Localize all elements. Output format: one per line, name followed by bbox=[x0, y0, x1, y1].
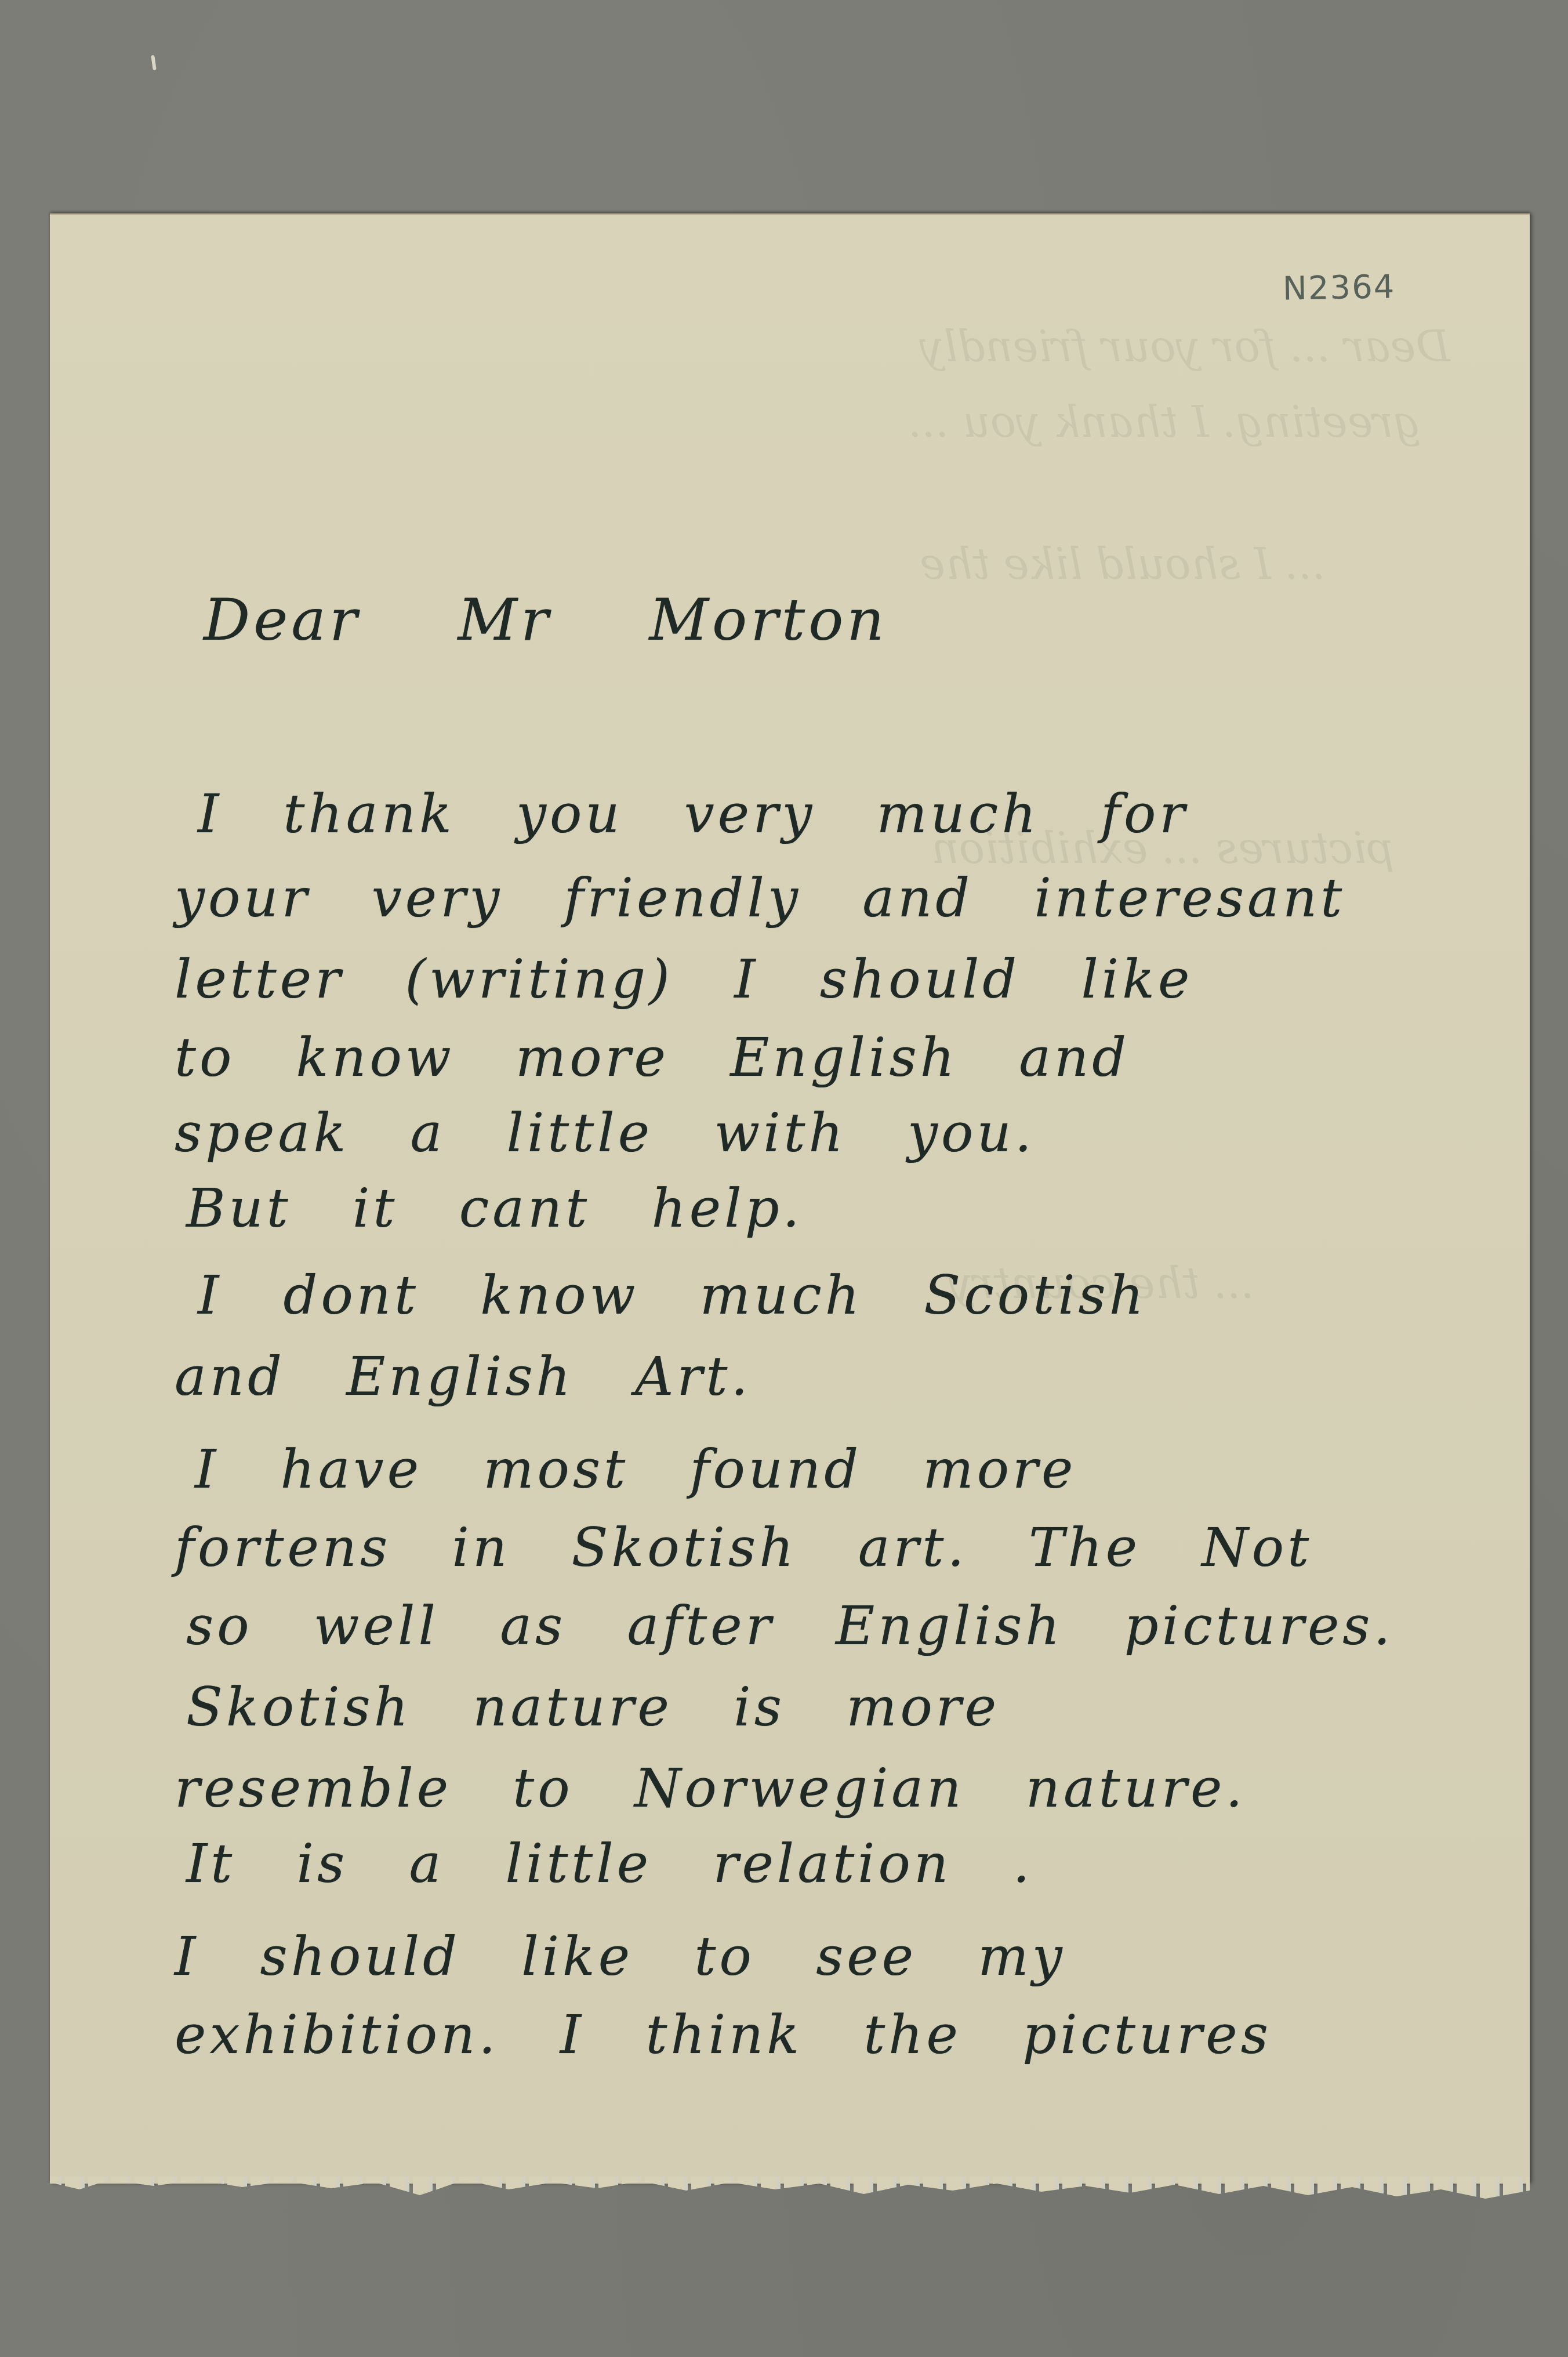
letter-line: I should like to see my bbox=[175, 1926, 1066, 1988]
letter-line: speak a little with you. bbox=[175, 1102, 1035, 1164]
letter-line: to know more English and bbox=[175, 1027, 1130, 1089]
letter-line: your very friendly and interesant bbox=[175, 867, 1345, 929]
letter-line: I have most found more bbox=[195, 1438, 1077, 1500]
letter-line: exhibition. I think the pictures bbox=[175, 2004, 1272, 2066]
letter-line: so well as after English pictures. bbox=[186, 1595, 1394, 1657]
letter-line: I thank you very much for bbox=[198, 783, 1188, 845]
letter-sheet: Dear ... for your friendly greeting. I t… bbox=[50, 213, 1530, 2184]
letter-line: But it cant help. bbox=[186, 1177, 803, 1239]
letter-line: I dont know much Scotish bbox=[198, 1264, 1147, 1326]
letter-line: resemble to Norwegian nature. bbox=[175, 1757, 1246, 1819]
letter-line: and English Art. bbox=[175, 1346, 752, 1408]
letter-line: fortens in Skotish art. The Not bbox=[175, 1517, 1312, 1579]
letter-line: Skotish nature is more bbox=[186, 1676, 1000, 1738]
letter-line: letter (writing) I should like bbox=[175, 948, 1193, 1010]
letter-body: Dear Mr Morton I thank you very much for… bbox=[50, 215, 1530, 2184]
letter-line: It is a little relation . bbox=[186, 1833, 1033, 1895]
salutation: Dear Mr Morton bbox=[204, 586, 888, 654]
